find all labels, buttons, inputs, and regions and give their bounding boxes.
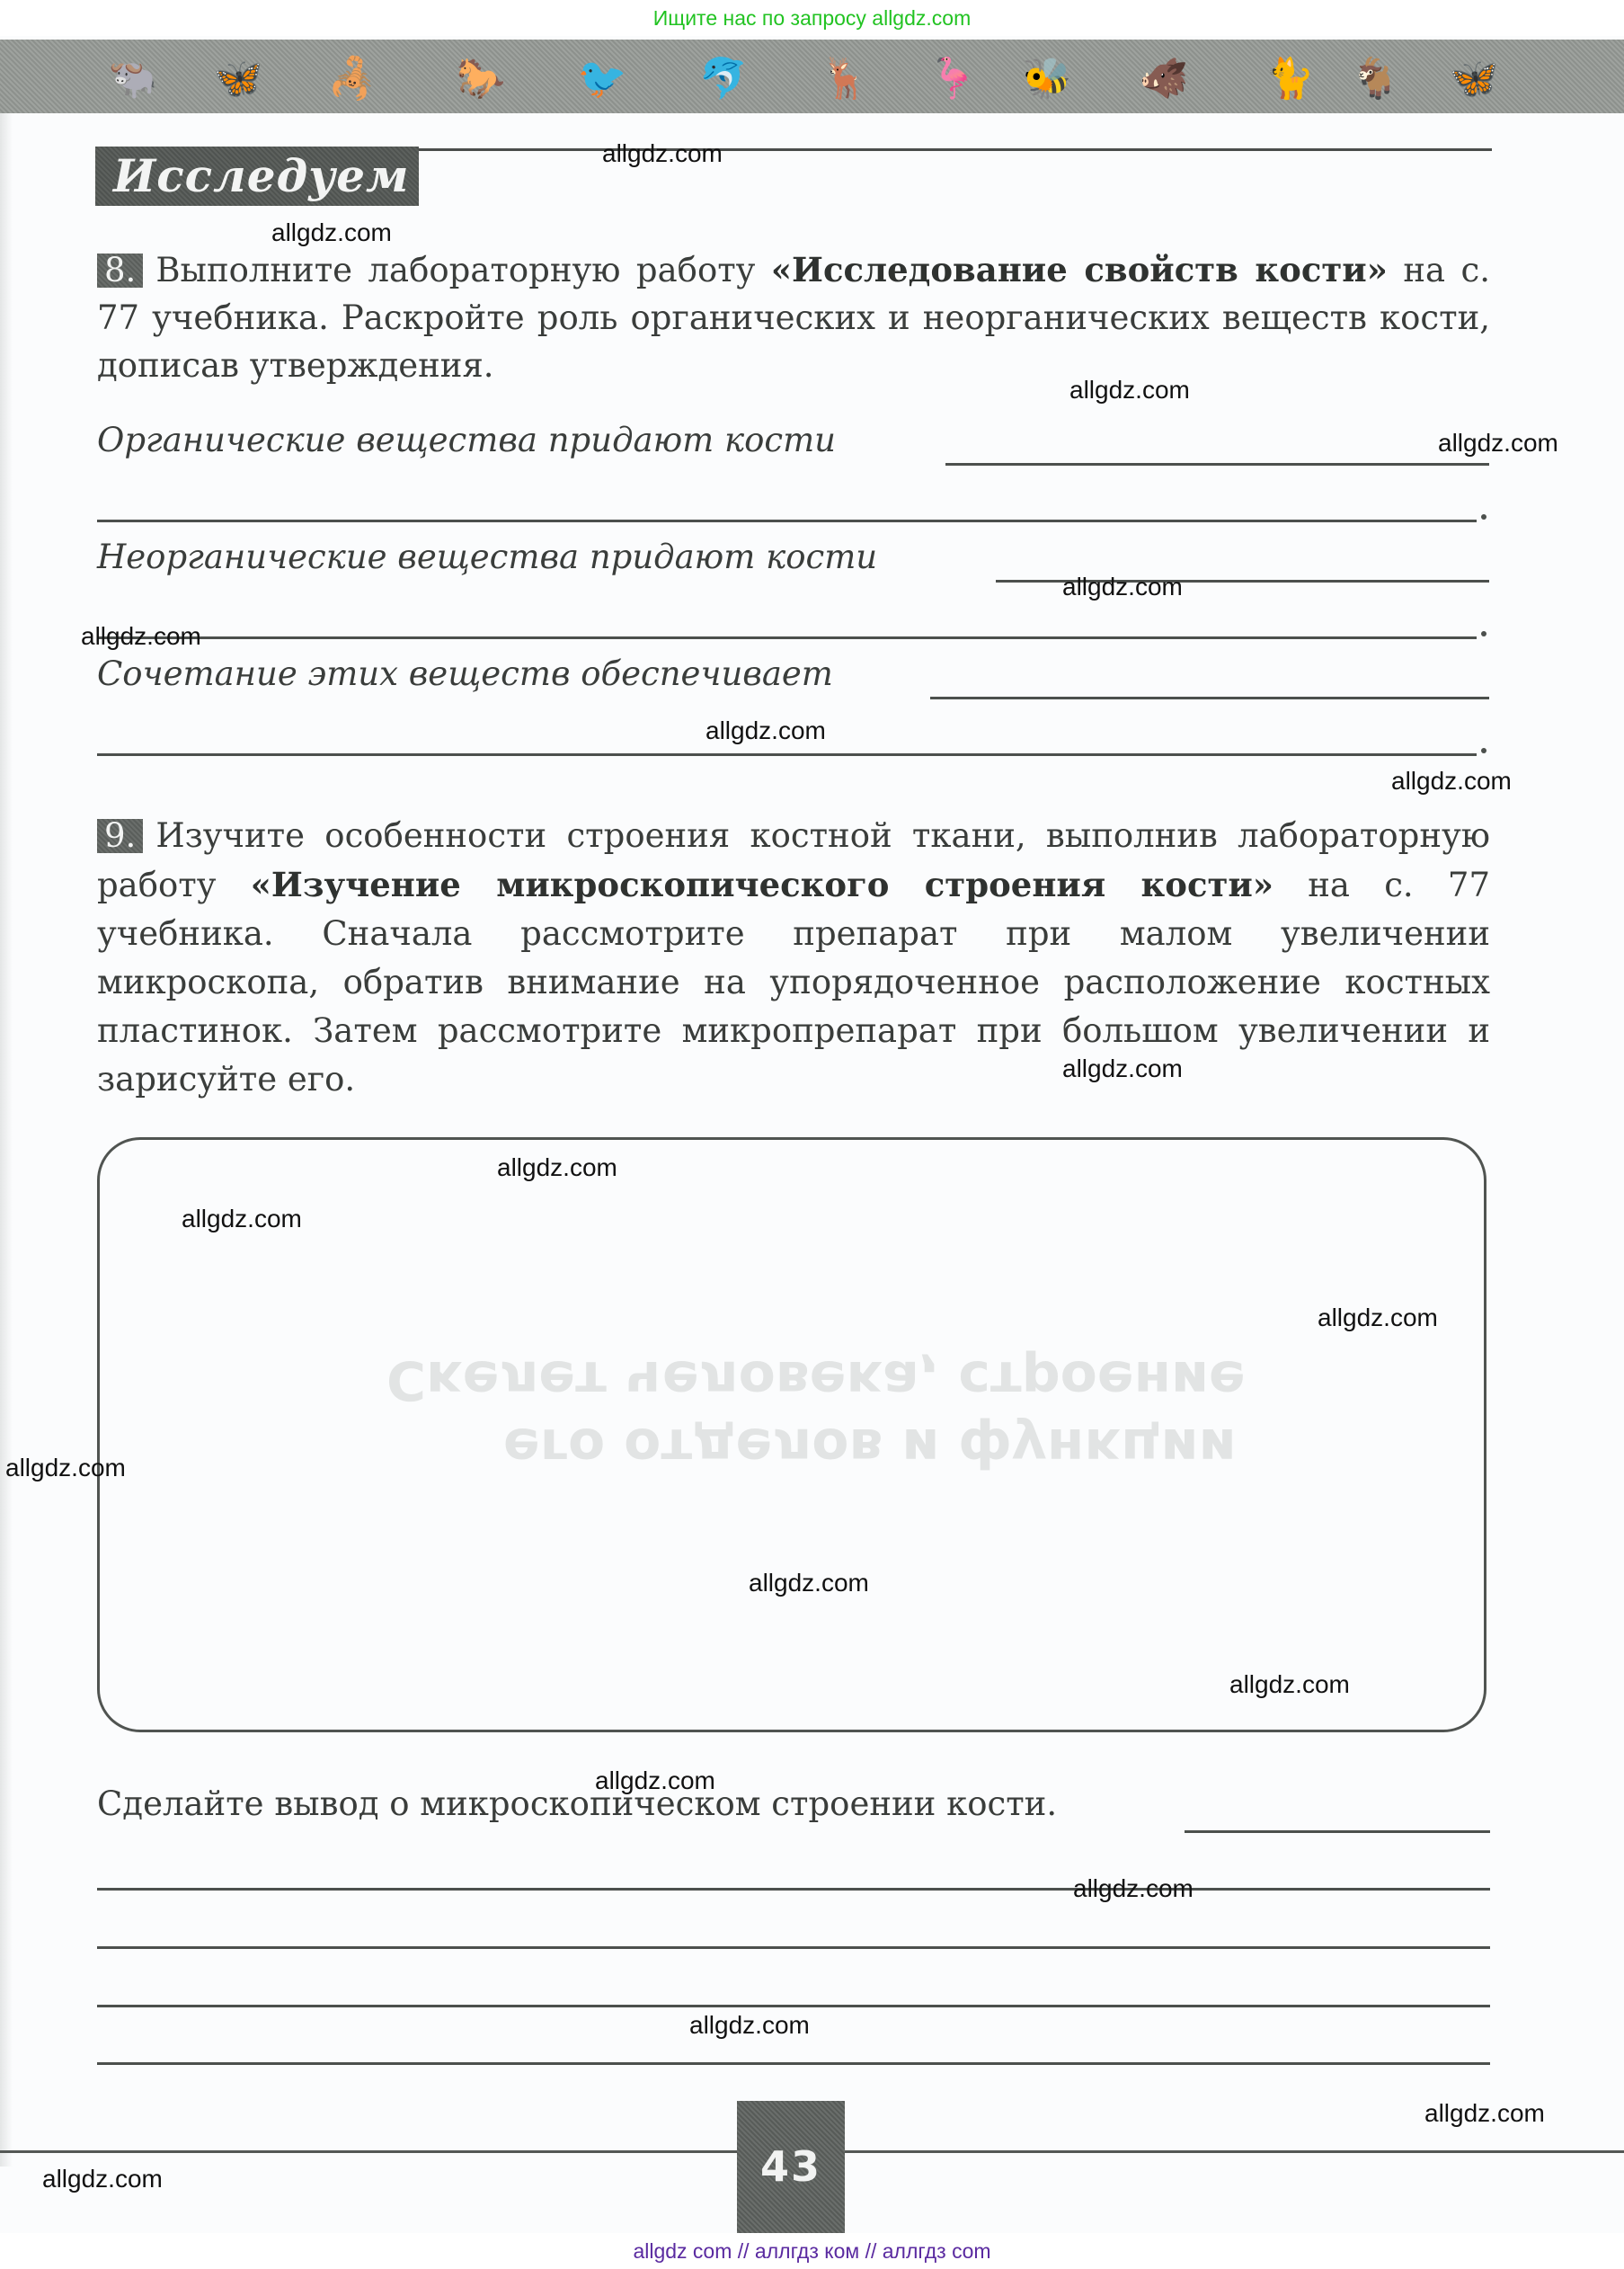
bird-icon: 🐦	[575, 54, 629, 104]
prompt-organic: Органические вещества придают кости	[97, 421, 836, 459]
watermark: allgdz.com	[81, 622, 201, 651]
conclusion-prompt: Сделайте вывод о микроскопическом строен…	[97, 1784, 1057, 1823]
butterfly-icon: 🦋	[211, 54, 265, 104]
period-dot	[1481, 631, 1486, 636]
answer-line[interactable]	[97, 753, 1477, 756]
moose-icon: 🦌	[818, 54, 872, 104]
footer-rule	[0, 2150, 737, 2153]
butterfly-icon: 🦋	[1447, 54, 1501, 104]
answer-line[interactable]	[97, 2062, 1490, 2065]
watermark: allgdz.com	[1062, 1054, 1183, 1083]
scorpion-icon: 🦂	[325, 54, 379, 104]
answer-line[interactable]	[930, 697, 1489, 699]
heron-icon: 🦩	[926, 54, 980, 104]
lab-name: «Изучение микроскопического строения кос…	[251, 865, 1273, 904]
page-number: 43	[737, 2101, 845, 2233]
period-dot	[1481, 514, 1486, 520]
answer-line[interactable]	[97, 2005, 1490, 2007]
task-9-instructions: 9.Изучите особенности строения костной т…	[97, 812, 1490, 1104]
answer-line[interactable]	[945, 463, 1489, 466]
prompt-inorganic: Неорганические вещества придают кости	[97, 538, 877, 576]
watermark: allgdz.com	[595, 1766, 715, 1795]
answer-line[interactable]	[97, 1888, 1490, 1891]
answer-line[interactable]	[97, 636, 1477, 639]
horse-icon: 🐎	[454, 54, 508, 104]
watermark: allgdz.com	[42, 2165, 163, 2193]
watermark: allgdz.com	[1318, 1304, 1438, 1332]
watermark: allgdz.com	[602, 139, 723, 168]
animal-silhouette-strip: 🐃 🦋 🦂 🐎 🐦 🐬 🦌 🦩 🐝 🐗 🐈 🐐 🦋	[0, 40, 1624, 113]
watermark: allgdz.com	[5, 1454, 126, 1482]
boar-icon: 🐗	[1137, 54, 1191, 104]
cat-icon: 🐈	[1263, 54, 1317, 104]
watermark: allgdz.com	[1391, 767, 1512, 796]
prompt-combination: Сочетание этих веществ обеспечивает	[97, 654, 833, 693]
watermark: allgdz.com	[271, 218, 392, 247]
task-8-instructions: 8.Выполните лабораторную работу «Исследо…	[97, 246, 1490, 389]
task-number-badge: 8.	[97, 254, 143, 288]
task-number-badge: 9.	[97, 819, 143, 853]
page-edge-shadow	[0, 113, 13, 2167]
footer-rule	[845, 2150, 1624, 2153]
answer-line[interactable]	[97, 1946, 1490, 1949]
lab-name: «Исследование свойств кости»	[771, 250, 1388, 289]
watermark: allgdz.com	[182, 1205, 302, 1233]
watermark: allgdz.com	[689, 2011, 810, 2040]
bottom-watermark-banner: allgdz com // аллгдз ком // аллгдз com	[0, 2233, 1624, 2269]
watermark: allgdz.com	[497, 1153, 617, 1182]
bison-icon: 🐃	[106, 54, 160, 104]
top-watermark-banner: Ищите нас по запросу allgdz.com	[0, 0, 1624, 36]
watermark: allgdz.com	[1424, 2099, 1545, 2128]
watermark: allgdz.com	[1062, 573, 1183, 601]
watermark: allgdz.com	[706, 716, 826, 745]
task-text: Выполните лабораторную работу	[155, 251, 771, 289]
section-title: Исследуем	[95, 147, 419, 206]
answer-line[interactable]	[1185, 1830, 1490, 1833]
bee-icon: 🐝	[1020, 54, 1074, 104]
watermark: allgdz.com	[1438, 429, 1558, 458]
answer-line[interactable]	[97, 520, 1477, 522]
dolphin-icon: 🐬	[697, 54, 750, 104]
watermark: allgdz.com	[1069, 376, 1190, 405]
antelope-icon: 🐐	[1348, 54, 1402, 104]
drawing-area[interactable]	[97, 1137, 1486, 1732]
period-dot	[1481, 748, 1486, 753]
watermark: allgdz.com	[1073, 1874, 1194, 1903]
watermark: allgdz.com	[749, 1569, 869, 1597]
watermark: allgdz.com	[1229, 1670, 1350, 1699]
